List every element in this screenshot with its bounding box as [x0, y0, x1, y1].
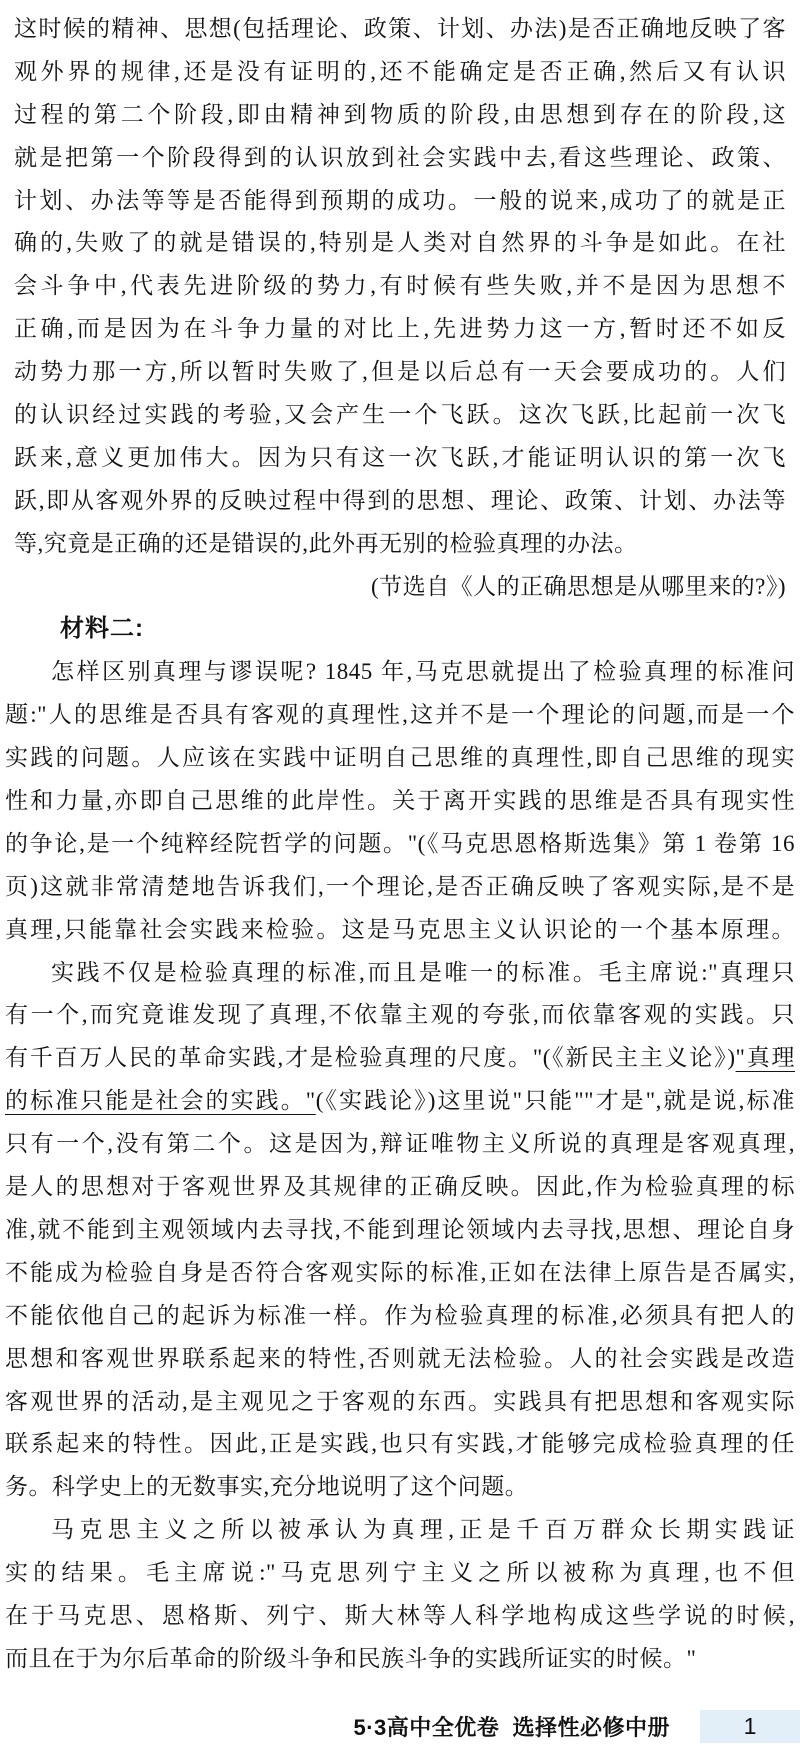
text-segment: 观外界的规律,还是没有证明的,还不能确定是否正确,然后又有认识	[14, 59, 786, 84]
material-two-paragraph-3: 马克思主义之所以被承认为真理,正是千百万群众长期实践证实的结果。毛主席说:"马克…	[0, 1509, 800, 1681]
text-segment: 真理,只能靠社会实践来检验。这是马克思主义认识论的一个基本原理。	[5, 917, 795, 942]
text-line: 客观世界的活动,是主观见之于客观的东西。实践具有把思想和客观实际	[5, 1381, 795, 1424]
text-line: 只有一个,没有第二个。这是因为,辩证唯物主义所说的真理是客观真理,	[5, 1123, 795, 1166]
text-line: 等,究竟是正确的还是错误的,此外再无别的检验真理的办法。	[14, 523, 786, 566]
text-segment: 怎样区别真理与谬误呢? 1845 年,马克思就提出了检验真理的标准问	[51, 659, 795, 684]
text-segment: 准,就不能到主观领域内去寻找,不能到理论领域内去寻找,思想、理论自身	[5, 1217, 795, 1242]
text-line: 不能依他自己的起诉为标准一样。作为检验真理的标准,必须具有把人的	[5, 1295, 795, 1338]
text-line: 题:"人的思维是否具有客观的真理性,这并不是一个理论的问题,而是一个	[5, 694, 795, 737]
source-attribution: (节选自《人的正确思想是从哪里来的?》)	[0, 566, 800, 609]
text-segment: 思想和客观世界联系起来的特性,否则就无法检验。人的社会实践是改造	[5, 1346, 795, 1371]
text-line: 怎样区别真理与谬误呢? 1845 年,马克思就提出了检验真理的标准问	[5, 651, 795, 694]
text-line: 务。科学史上的无数事实,充分地说明了这个问题。	[5, 1466, 795, 1509]
text-line: 正确,而是因为在斗争力量的对比上,先进势力这一方,暂时还不如反	[14, 308, 786, 351]
text-segment: 这时候的精神、思想(包括理论、政策、计划、办法)是否正确地反映了客	[14, 16, 786, 41]
underlined-text: "真理	[736, 1045, 795, 1070]
text-line: 计划、办法等等是否能得到预期的成功。一般的说来,成功了的就是正	[14, 180, 786, 223]
text-line: 而且在于为尔后革命的阶级斗争和民族斗争的实践所证实的时候。"	[5, 1638, 795, 1681]
text-segment: 联系起来的特性。因此,正是实践,也只有实践,才能够完成检验真理的任	[5, 1431, 795, 1456]
text-segment: 只有一个,没有第二个。这是因为,辩证唯物主义所说的真理是客观真理,	[5, 1131, 795, 1156]
text-segment: 的争论,是一个纯粹经院哲学的问题。"(《马克思恩格斯选集》第 1 卷第 16	[5, 831, 795, 856]
text-line: 准,就不能到主观领域内去寻找,不能到理论领域内去寻找,思想、理论自身	[5, 1209, 795, 1252]
text-segment: 跃,即从客观外界的反映过程中得到的思想、理论、政策、计划、办法等	[14, 488, 786, 513]
text-segment: 页)这就非常清楚地告诉我们,一个理论,是否正确反映了客观实际,是不是	[5, 874, 795, 899]
material-two-paragraph-2: 实践不仅是检验真理的标准,而且是唯一的标准。毛主席说:"真理只有一个,而究竟谁发…	[0, 952, 800, 1510]
text-line: 不能成为检验自身是否符合客观实际的标准,正如在法律上原告是否属实,	[5, 1252, 795, 1295]
text-segment: 不能依他自己的起诉为标准一样。作为检验真理的标准,必须具有把人的	[5, 1303, 795, 1328]
text-line: 过程的第二个阶段,即由精神到物质的阶段,由思想到存在的阶段,这	[14, 94, 786, 137]
text-column: 这时候的精神、思想(包括理论、政策、计划、办法)是否正确地反映了客观外界的规律,…	[0, 8, 800, 1681]
text-segment: 过程的第二个阶段,即由精神到物质的阶段,由思想到存在的阶段,这	[14, 102, 786, 127]
text-segment: 实践不仅是检验真理的标准,而且是唯一的标准。毛主席说:"真理只	[51, 960, 795, 985]
text-line: 实的结果。毛主席说:"马克思列宁主义之所以被称为真理,也不但	[5, 1552, 795, 1595]
text-line: 页)这就非常清楚地告诉我们,一个理论,是否正确反映了客观实际,是不是	[5, 866, 795, 909]
text-line: 的标准只能是社会的实践。"(《实践论》)这里说"只能""才是",就是说,标准	[5, 1080, 795, 1123]
text-line: 是人的思想对于客观世界及其规律的正确反映。因此,作为检验真理的标	[5, 1166, 795, 1209]
text-segment: 客观世界的活动,是主观见之于客观的东西。实践具有把思想和客观实际	[5, 1389, 795, 1414]
text-line: 跃,即从客观外界的反映过程中得到的思想、理论、政策、计划、办法等	[14, 480, 786, 523]
text-segment: 务。科学史上的无数事实,充分地说明了这个问题。	[5, 1474, 528, 1499]
text-segment: 计划、办法等等是否能得到预期的成功。一般的说来,成功了的就是正	[14, 188, 786, 213]
text-line: 性和力量,亦即自己思维的此岸性。关于离开实践的思维是否具有现实性	[5, 780, 795, 823]
text-segment: 跃来,意义更加伟大。因为只有这一次飞跃,才能证明认识的第一次飞	[14, 445, 786, 470]
text-line: 有一个,而究竟谁发现了真理,不依靠主观的夸张,而依靠客观的实践。只	[5, 994, 795, 1037]
page-number-box: 1	[700, 1710, 800, 1743]
text-line: 在于马克思、恩格斯、列宁、斯大林等人科学地构成这些学说的时候,	[5, 1595, 795, 1638]
page-number: 1	[744, 1713, 757, 1740]
text-segment: 的认识经过实践的考验,又会产生一个飞跃。这次飞跃,比起前一次飞	[14, 402, 786, 427]
text-segment: (《实践论》)这里说"只能""才是",就是说,标准	[316, 1088, 795, 1113]
material-two-paragraph-1: 怎样区别真理与谬误呢? 1845 年,马克思就提出了检验真理的标准问题:"人的思…	[0, 651, 800, 951]
text-segment: 有千百万人民的革命实践,才是检验真理的尺度。"(《新民主主义论》)	[5, 1045, 736, 1070]
text-line: 会斗争中,代表先进阶级的势力,有时候有些失败,并不是因为思想不	[14, 265, 786, 308]
text-line: 实践的问题。人应该在实践中证明自己思维的真理性,即自己思维的现实	[5, 737, 795, 780]
material-two-heading: 材料二:	[0, 608, 800, 651]
underlined-text: 的标准只能是社会的实践。"	[5, 1088, 316, 1113]
material-one-paragraph: 这时候的精神、思想(包括理论、政策、计划、办法)是否正确地反映了客观外界的规律,…	[0, 8, 800, 566]
text-line: 思想和客观世界联系起来的特性,否则就无法检验。人的社会实践是改造	[5, 1338, 795, 1381]
footer-series-label: 5·3高中全优卷 选择性必修中册	[353, 1711, 670, 1742]
text-line: 这时候的精神、思想(包括理论、政策、计划、办法)是否正确地反映了客	[14, 8, 786, 51]
text-line: 的争论,是一个纯粹经院哲学的问题。"(《马克思恩格斯选集》第 1 卷第 16	[5, 823, 795, 866]
text-segment: 不能成为检验自身是否符合客观实际的标准,正如在法律上原告是否属实,	[5, 1260, 795, 1285]
page-footer: 5·3高中全优卷 选择性必修中册 1	[353, 1709, 800, 1743]
text-segment: 是人的思想对于客观世界及其规律的正确反映。因此,作为检验真理的标	[5, 1174, 795, 1199]
text-segment: 正确,而是因为在斗争力量的对比上,先进势力这一方,暂时还不如反	[14, 316, 786, 341]
text-line: 跃来,意义更加伟大。因为只有这一次飞跃,才能证明认识的第一次飞	[14, 437, 786, 480]
text-segment: 实的结果。毛主席说:"马克思列宁主义之所以被称为真理,也不但	[5, 1560, 795, 1585]
document-page: 这时候的精神、思想(包括理论、政策、计划、办法)是否正确地反映了客观外界的规律,…	[0, 0, 800, 1754]
text-line: 的认识经过实践的考验,又会产生一个飞跃。这次飞跃,比起前一次飞	[14, 394, 786, 437]
text-line: 有千百万人民的革命实践,才是检验真理的尺度。"(《新民主主义论》)"真理	[5, 1037, 795, 1080]
text-line: 观外界的规律,还是没有证明的,还不能确定是否正确,然后又有认识	[14, 51, 786, 94]
text-segment: 题:"人的思维是否具有客观的真理性,这并不是一个理论的问题,而是一个	[5, 702, 795, 727]
text-segment: 性和力量,亦即自己思维的此岸性。关于离开实践的思维是否具有现实性	[5, 788, 795, 813]
text-segment: 等,究竟是正确的还是错误的,此外再无别的检验真理的办法。	[14, 531, 638, 556]
text-segment: 马克思主义之所以被承认为真理,正是千百万群众长期实践证	[51, 1517, 795, 1542]
text-segment: 有一个,而究竟谁发现了真理,不依靠主观的夸张,而依靠客观的实践。只	[5, 1002, 795, 1027]
text-segment: 在于马克思、恩格斯、列宁、斯大林等人科学地构成这些学说的时候,	[5, 1603, 795, 1628]
text-segment: 实践的问题。人应该在实践中证明自己思维的真理性,即自己思维的现实	[5, 745, 795, 770]
text-line: 真理,只能靠社会实践来检验。这是马克思主义认识论的一个基本原理。	[5, 909, 795, 952]
text-segment: 而且在于为尔后革命的阶级斗争和民族斗争的实践所证实的时候。"	[5, 1646, 696, 1671]
text-line: 就是把第一个阶段得到的认识放到社会实践中去,看这些理论、政策、	[14, 137, 786, 180]
text-line: 确的,失败了的就是错误的,特别是人类对自然界的斗争是如此。在社	[14, 222, 786, 265]
text-segment: 动势力那一方,所以暂时失败了,但是以后总有一天会要成功的。人们	[14, 359, 786, 384]
text-line: 动势力那一方,所以暂时失败了,但是以后总有一天会要成功的。人们	[14, 351, 786, 394]
text-line: 联系起来的特性。因此,正是实践,也只有实践,才能够完成检验真理的任	[5, 1423, 795, 1466]
text-segment: 确的,失败了的就是错误的,特别是人类对自然界的斗争是如此。在社	[14, 230, 786, 255]
text-line: 马克思主义之所以被承认为真理,正是千百万群众长期实践证	[5, 1509, 795, 1552]
text-line: 实践不仅是检验真理的标准,而且是唯一的标准。毛主席说:"真理只	[5, 952, 795, 995]
text-segment: 会斗争中,代表先进阶级的势力,有时候有些失败,并不是因为思想不	[14, 273, 786, 298]
text-segment: 就是把第一个阶段得到的认识放到社会实践中去,看这些理论、政策、	[14, 145, 786, 170]
